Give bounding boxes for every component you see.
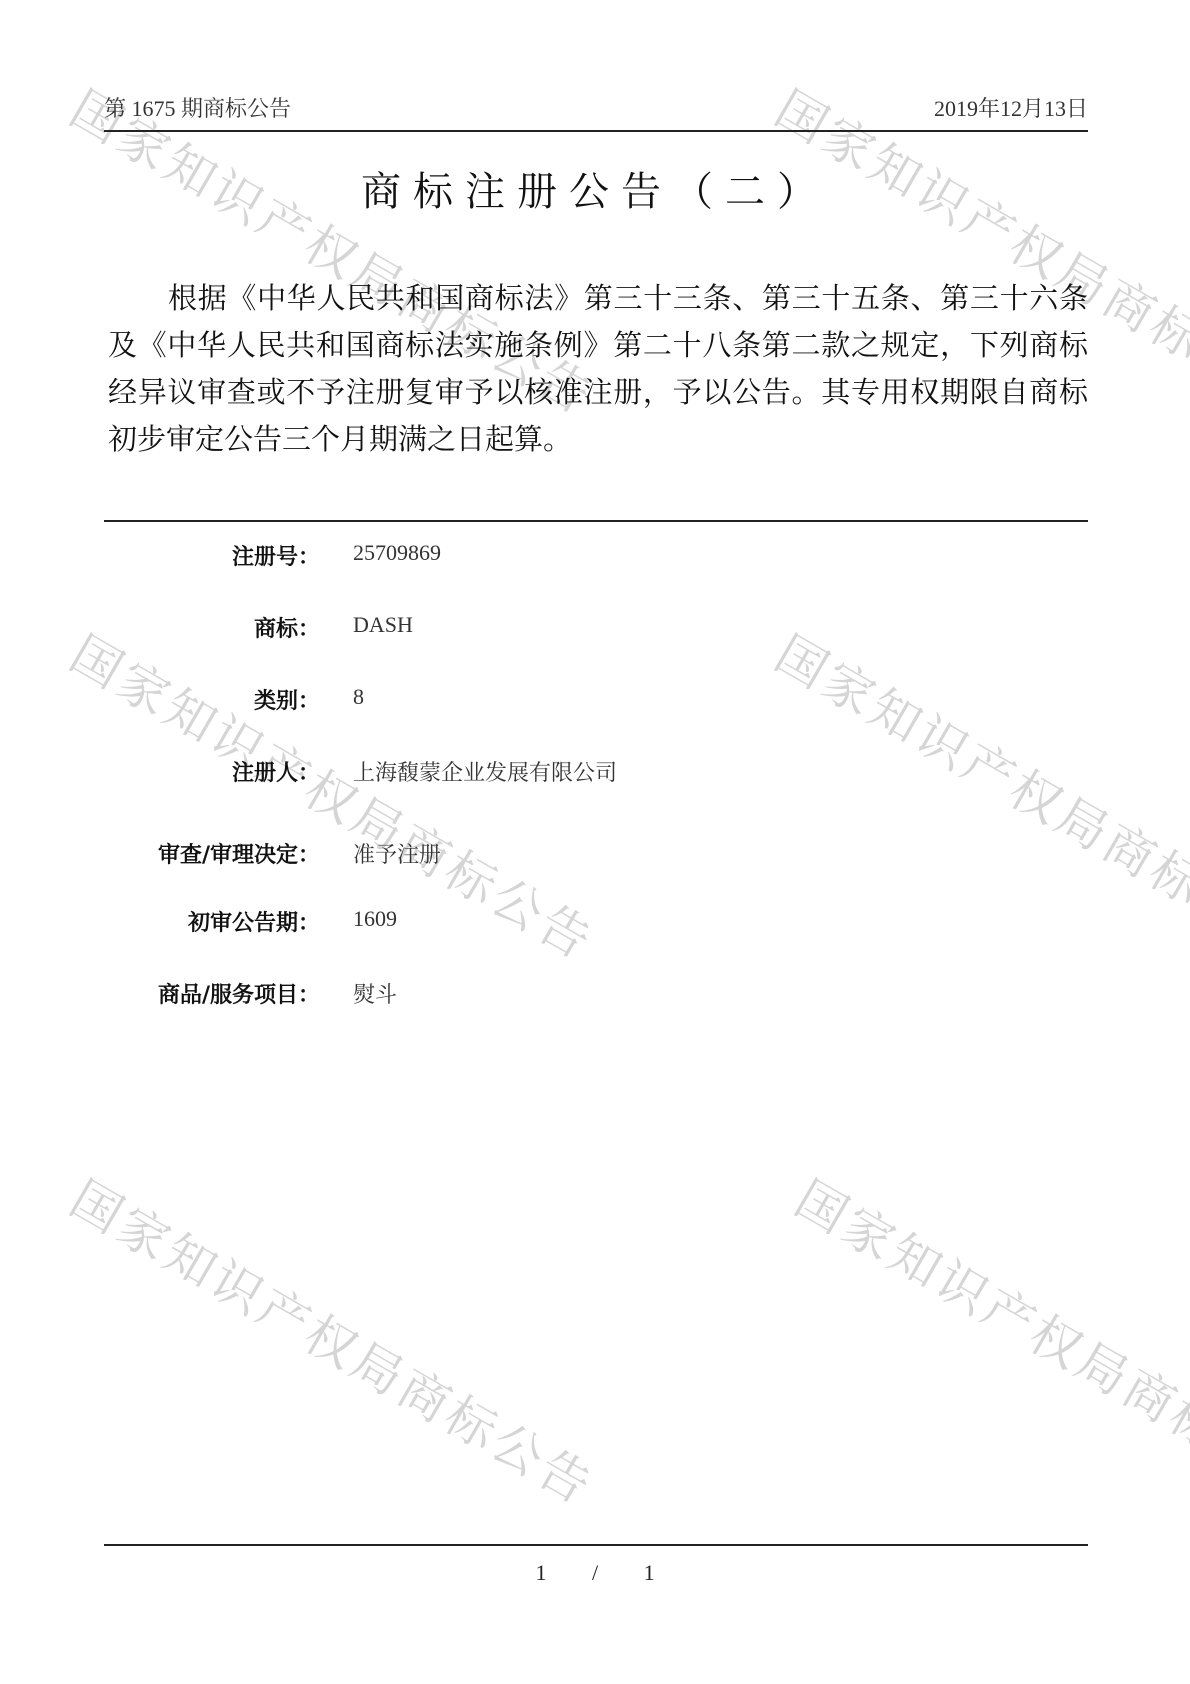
total-pages: 1 [644,1560,655,1586]
field-value: 上海馥蒙企业发展有限公司 [353,756,617,787]
page-separator: / [592,1560,598,1586]
field-class: 类别： 8 [0,684,1190,724]
field-goods-services: 商品/服务项目： 熨斗 [0,978,1190,1018]
field-trademark: 商标： DASH [0,612,1190,652]
current-page: 1 [535,1560,546,1586]
field-decision: 审查/审理决定： 准予注册 [0,838,1190,878]
page-number: 1 / 1 [0,1560,1190,1586]
field-registration-number: 注册号： 25709869 [0,540,1190,580]
section-divider [104,520,1088,522]
issue-number: 第 1675 期商标公告 [104,92,291,123]
watermark: 国家知识产权局商标公告 [59,1160,609,1519]
watermark: 国家知识产权局商标公告 [784,1160,1190,1519]
field-value: 25709869 [353,540,441,566]
field-registrant: 注册人： 上海馥蒙企业发展有限公司 [0,756,1190,796]
field-value: 8 [353,684,364,710]
field-preliminary-issue: 初审公告期： 1609 [0,906,1190,946]
field-value: 1609 [353,906,397,932]
field-label: 注册号： [232,540,320,571]
field-value: 熨斗 [353,978,397,1009]
footer-divider [104,1544,1088,1546]
field-value: 准予注册 [353,838,441,869]
page-title: 商标注册公告（二） [0,160,1190,217]
publication-date: 2019年12月13日 [934,92,1088,123]
document-page: 国家知识产权局商标公告 国家知识产权局商标公告 国家知识产权局商标公告 国家知识… [0,0,1190,1684]
field-label: 注册人： [232,756,320,787]
field-value: DASH [353,612,413,638]
field-label: 审查/审理决定： [158,838,320,869]
field-label: 商品/服务项目： [158,978,320,1009]
page-header: 第 1675 期商标公告 2019年12月13日 [104,92,1088,128]
header-divider [104,130,1088,132]
field-label: 商标： [254,612,320,643]
field-label: 类别： [254,684,320,715]
field-label: 初审公告期： [188,906,320,937]
intro-paragraph: 根据《中华人民共和国商标法》第三十三条、第三十五条、第三十六条及《中华人民共和国… [108,275,1088,463]
